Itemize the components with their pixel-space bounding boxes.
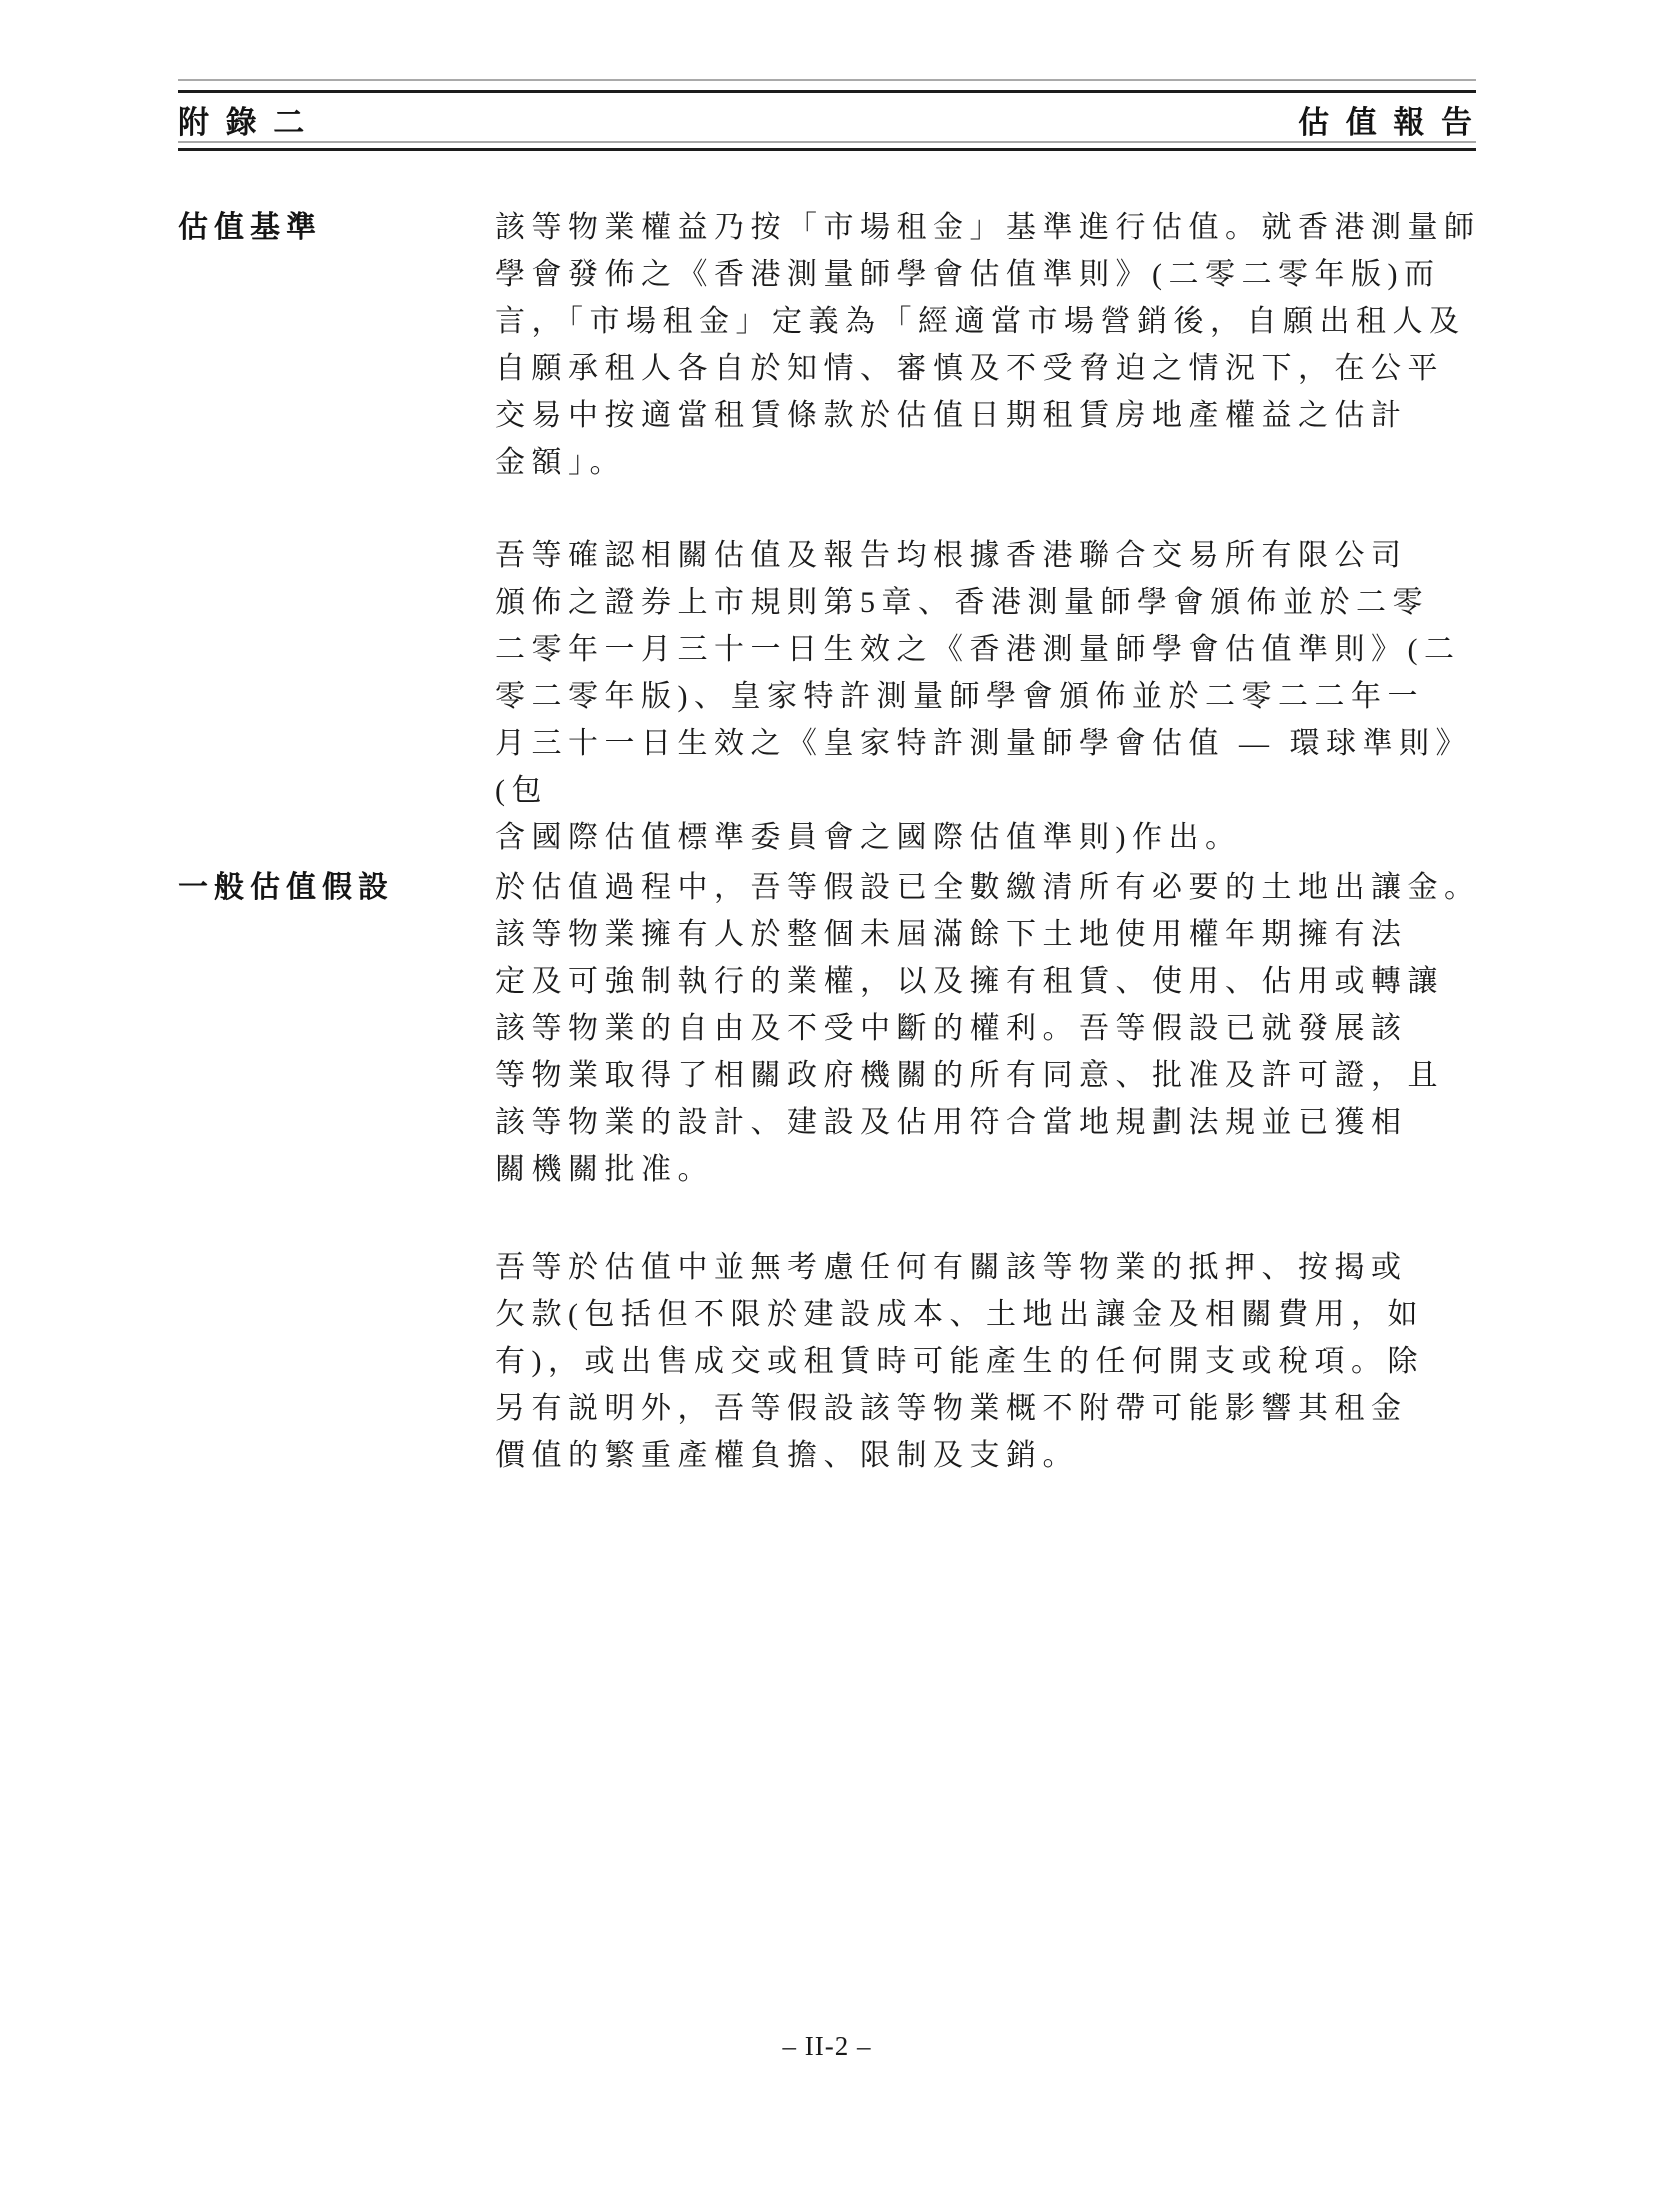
general-assumptions-paragraph-1: 於估值過程中，吾等假設已全數繳清所有必要的土地出讓金。 該等物業擁有人於整個未屆… bbox=[495, 864, 1500, 1193]
document-page: 附 錄 二 估 值 報 告 估值基準 該等物業權益乃按「市場租金」基準進行估值。… bbox=[0, 0, 1654, 2205]
header-top-rule-thick bbox=[178, 90, 1476, 93]
section-label-general-assumptions: 一般估值假設 bbox=[178, 864, 394, 911]
header-title-label: 估 值 報 告 bbox=[1298, 97, 1476, 142]
general-assumptions-paragraph-2: 吾等於估值中並無考慮任何有關該等物業的抵押、按揭或 欠款(包括但不限於建設成本、… bbox=[495, 1244, 1500, 1479]
header-appendix-label: 附 錄 二 bbox=[178, 97, 308, 142]
valuation-basis-paragraph-1: 該等物業權益乃按「市場租金」基準進行估值。就香港測量師 學會發佈之《香港測量師學… bbox=[495, 204, 1500, 486]
header-bottom-rule-thin bbox=[178, 141, 1476, 143]
section-label-valuation-basis: 估值基準 bbox=[178, 204, 322, 251]
page-header: 附 錄 二 估 值 報 告 bbox=[178, 97, 1476, 142]
header-bottom-rule-thick bbox=[178, 148, 1476, 151]
valuation-basis-paragraph-2: 吾等確認相關估值及報告均根據香港聯合交易所有限公司 頒佈之證券上市規則第5章、香… bbox=[495, 532, 1500, 861]
footer-page-number: – II-2 – bbox=[0, 2031, 1654, 2062]
header-top-rule-thin bbox=[178, 79, 1476, 81]
